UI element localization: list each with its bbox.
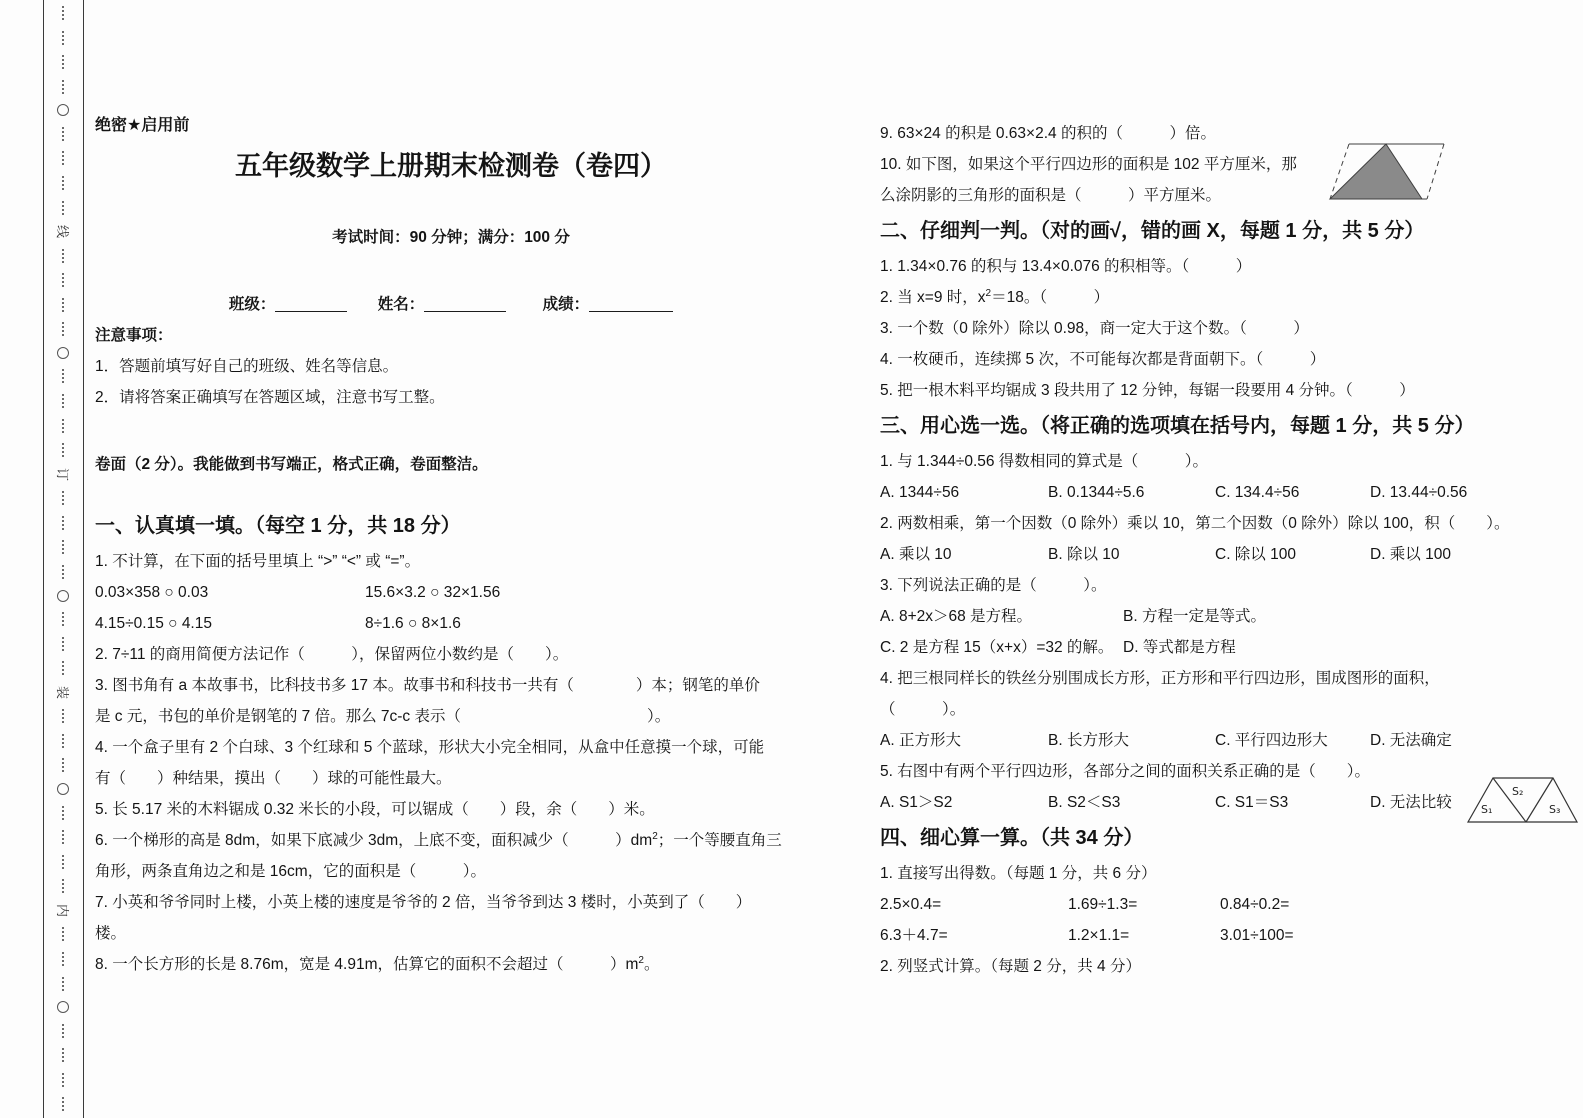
fill-q8-line: 8. 一个长方形的长是 8.76m，宽是 4.91m，估算它的面积不会超过（ ）… xyxy=(95,949,807,980)
binding-dash xyxy=(62,31,64,45)
fill-q3-line-2: 是 c 元，书包的单价是钢笔的 7 倍。那么 7c-c 表示（ ）。 xyxy=(95,701,807,732)
binding-char: 线 xyxy=(56,225,69,238)
parallelogram-right-edge-dashed xyxy=(1427,144,1444,199)
judge-q2: 2. 当 x=9 时，x2＝18。（ ） xyxy=(880,282,1583,313)
judge-q1: 1. 1.34×0.76 的积与 13.4×0.076 的积相等。（ ） xyxy=(880,251,1583,282)
shaded-triangle xyxy=(1330,144,1422,199)
fill-q7-line-1: 7. 小英和爷爷同时上楼，小英上楼的速度是爷爷的 2 倍，当爷爷到达 3 楼时，… xyxy=(95,887,807,918)
ring-mark-icon xyxy=(57,104,69,116)
binding-dash xyxy=(62,443,64,457)
neatness-note: 卷面（2 分）。我能做到书写端正，格式正确，卷面整洁。 xyxy=(95,449,807,480)
binding-dash xyxy=(62,977,64,991)
option-b: B. 长方形大 xyxy=(1048,725,1215,756)
option-b: B. 除以 10 xyxy=(1048,539,1215,570)
name-blank xyxy=(424,291,506,312)
choose-q4-options: A. 正方形大B. 长方形大C. 平行四边形大D. 无法确定 xyxy=(880,725,1583,756)
secret-label: 绝密★启用前 xyxy=(95,112,807,140)
notice-item-1: 1．答题前填写好自己的班级、姓名等信息。 xyxy=(95,351,807,382)
fill-q10-line-2: 么涂阴影的三角形的面积是（ ）平方厘米。 xyxy=(880,180,1583,211)
notice-item-2: 2．请将答案正确填写在答题区域，注意书写工整。 xyxy=(95,382,807,413)
calc-expr: 0.84÷0.2= xyxy=(1220,889,1289,920)
score-blank xyxy=(589,291,673,312)
option-d: D. 无法确定 xyxy=(1370,725,1452,756)
binding-dash xyxy=(62,927,64,941)
text-segment: 。 xyxy=(644,956,660,973)
binding-dash xyxy=(62,322,64,336)
binding-dash xyxy=(62,273,64,287)
option-c: C. 平行四边形大 xyxy=(1215,725,1370,756)
binding-dash xyxy=(62,55,64,69)
label-s2: S₂ xyxy=(1512,785,1523,798)
calc-expr: 6.3＋4.7= xyxy=(880,920,1068,951)
binding-dash xyxy=(62,394,64,408)
class-blank xyxy=(275,291,347,312)
class-field: 班级： xyxy=(229,296,374,313)
text-segment: 2. 当 x=9 时，x xyxy=(880,289,986,306)
binding-dash xyxy=(62,1097,64,1111)
fill-q6-line-2: 角形，两条直角边之和是 16cm，它的面积是（ ）。 xyxy=(95,856,807,887)
fill-q6-line-1: 6. 一个梯形的高是 8dm，如果下底减少 3dm，上底不变，面积减少（ ）dm… xyxy=(95,825,807,856)
binding-dash xyxy=(62,661,64,675)
fill-q5-line: 5. 长 5.17 米的木料锯成 0.32 米长的小段，可以锯成（ ）段，余（ … xyxy=(95,794,807,825)
fill-q9-line: 9. 63×24 的积是 0.63×2.4 的积的（ ）倍。 xyxy=(880,118,1583,149)
binding-dash xyxy=(62,151,64,165)
fill-q4-line-2: 有（ ）种结果，摸出（ ）球的可能性最大。 xyxy=(95,763,807,794)
binding-dash xyxy=(62,176,64,190)
fill-q7-line-2: 楼。 xyxy=(95,918,807,949)
choose-q3: 3. 下列说法正确的是（ ）。 xyxy=(880,570,1583,601)
score-label: 成绩： xyxy=(543,296,590,313)
binding-dash xyxy=(62,806,64,820)
choose-q3-options-row-1: A. 8+2x＞68 是方程。B. 方程一定是等式。 xyxy=(880,601,1583,632)
binding-dash xyxy=(62,1048,64,1062)
parallelograms-s1s2s3-figure: S₁ S₂ S₃ xyxy=(1466,772,1580,831)
binding-dash xyxy=(62,249,64,263)
option-a: A. 8+2x＞68 是方程。 xyxy=(880,601,1123,632)
option-a: A. 1344÷56 xyxy=(880,477,1048,508)
binding-dash xyxy=(62,298,64,312)
fill-q1-line: 1. 不计算，在下面的括号里填上 “>” “<” 或 “=”。 xyxy=(95,546,807,577)
fill-q4-line-1: 4. 一个盒子里有 2 个白球、3 个红球和 5 个蓝球，形状大小完全相同，从盒… xyxy=(95,732,807,763)
calc-q1-row-2: 6.3＋4.7=1.2×1.1=3.01÷100= xyxy=(880,920,1583,951)
judge-q4: 4. 一枚硬币，连续掷 5 次，不可能每次都是背面朝下。（ ） xyxy=(880,344,1583,375)
option-d: D. 乘以 100 xyxy=(1370,539,1451,570)
binding-dash xyxy=(62,6,64,20)
ring-mark-icon xyxy=(57,783,69,795)
text-segment: 6. 一个梯形的高是 8dm，如果下底减少 3dm，上底不变，面积减少（ ）dm xyxy=(95,832,652,849)
fill-q3-line-1: 3. 图书角有 a 本故事书，比科技书多 17 本。故事书和科技书一共有（ ）本… xyxy=(95,670,807,701)
binding-dash xyxy=(62,419,64,433)
option-c: C. S1＝S3 xyxy=(1215,787,1370,818)
binding-dash xyxy=(62,830,64,844)
ring-mark-icon xyxy=(57,590,69,602)
binding-dash xyxy=(62,637,64,651)
right-column: 9. 63×24 的积是 0.63×2.4 的积的（ ）倍。 10. 如下图，如… xyxy=(880,118,1583,982)
judge-q5: 5. 把一根木料平均锯成 3 段共用了 12 分钟，每锯一段要用 4 分钟。（ … xyxy=(880,375,1583,406)
binding-char: 内 xyxy=(56,904,69,917)
label-s1: S₁ xyxy=(1481,803,1492,816)
label-s3: S₃ xyxy=(1549,803,1560,816)
option-b: B. S2＜S3 xyxy=(1048,787,1215,818)
binding-dash xyxy=(62,80,64,94)
binding-dash xyxy=(62,127,64,141)
exam-paper-page: 线订装内 绝密★启用前 五年级数学上册期末检测卷（卷四） 考试时间：90 分钟；… xyxy=(0,0,1583,1118)
option-c: C. 2 是方程 15（x+x）=32 的解。 xyxy=(880,632,1123,663)
binding-dash xyxy=(62,879,64,893)
fill-q1-compare-row-1: 0.03×358 ○ 0.0315.6×3.2 ○ 32×1.56 xyxy=(95,577,807,608)
text-segment: ＝18。（ ） xyxy=(991,289,1109,306)
fill-q2-line: 2. 7÷11 的商用简便方法记作（ ），保留两位小数约是（ ）。 xyxy=(95,639,807,670)
choose-q2: 2. 两数相乘，第一个因数（0 除外）乘以 10，第二个因数（0 除外）除以 1… xyxy=(880,508,1583,539)
binding-char: 订 xyxy=(56,468,69,481)
option-b: B. 0.1344÷5.6 xyxy=(1048,477,1215,508)
binding-margin: 线订装内 xyxy=(47,0,79,1118)
calc-q2: 2. 列竖式计算。（每题 2 分，共 4 分） xyxy=(880,951,1583,982)
notice-title: 注意事项： xyxy=(95,320,807,351)
name-field: 姓名： xyxy=(378,296,539,313)
section3-heading: 三、用心选一选。（将正确的选项填在括号内，每题 1 分，共 5 分） xyxy=(880,406,1583,446)
calc-expr: 1.69÷1.3= xyxy=(1068,889,1220,920)
section1-heading: 一、认真填一填。（每空 1 分，共 18 分） xyxy=(95,506,807,546)
binding-char: 装 xyxy=(56,686,69,699)
text-segment: ；一个等腰直角三 xyxy=(658,832,782,849)
score-field: 成绩： xyxy=(543,296,674,313)
exam-title: 五年级数学上册期末检测卷（卷四） xyxy=(95,140,807,192)
ring-mark-icon xyxy=(57,1001,69,1013)
binding-dash xyxy=(62,369,64,383)
binding-line-inner xyxy=(83,0,84,1118)
option-b: B. 方程一定是等式。 xyxy=(1123,608,1266,625)
binding-dash xyxy=(62,491,64,505)
binding-dash xyxy=(62,1024,64,1038)
choose-q2-options: A. 乘以 10B. 除以 10C. 除以 100D. 乘以 100 xyxy=(880,539,1583,570)
binding-line-outer xyxy=(43,0,44,1118)
binding-dash xyxy=(62,952,64,966)
binding-dash xyxy=(62,1073,64,1087)
option-a: A. 正方形大 xyxy=(880,725,1048,756)
option-c: C. 除以 100 xyxy=(1215,539,1370,570)
binding-dash xyxy=(62,565,64,579)
binding-dash xyxy=(62,612,64,626)
calc-expr: 1.2×1.1= xyxy=(1068,920,1220,951)
parallelogram-shaded-triangle-figure xyxy=(1328,142,1450,209)
left-column: 绝密★启用前 五年级数学上册期末检测卷（卷四） 考试时间：90 分钟；满分：10… xyxy=(95,112,807,980)
ring-mark-icon xyxy=(57,347,69,359)
compare-expr: 15.6×3.2 ○ 32×1.56 xyxy=(365,584,500,601)
exam-info: 考试时间：90 分钟；满分：100 分 xyxy=(95,222,807,253)
compare-expr: 0.03×358 ○ 0.03 xyxy=(95,577,365,608)
binding-dash xyxy=(62,516,64,530)
option-d: D. 13.44÷0.56 xyxy=(1370,477,1467,508)
class-label: 班级： xyxy=(229,296,276,313)
name-label: 姓名： xyxy=(378,296,425,313)
choose-q4-line-1: 4. 把三根同样长的铁丝分别围成长方形，正方形和平行四边形，围成图形的面积， xyxy=(880,663,1583,694)
fill-q1-compare-row-2: 4.15÷0.15 ○ 4.158÷1.6 ○ 8×1.6 xyxy=(95,608,807,639)
binding-dash xyxy=(62,540,64,554)
option-c: C. 134.4÷56 xyxy=(1215,477,1370,508)
judge-q3: 3. 一个数（0 除外）除以 0.98，商一定大于这个数。（ ） xyxy=(880,313,1583,344)
binding-dash xyxy=(62,201,64,215)
choose-q4-line-2: （ ）。 xyxy=(880,694,1583,725)
choose-q1-options: A. 1344÷56B. 0.1344÷5.6C. 134.4÷56D. 13.… xyxy=(880,477,1583,508)
calc-expr: 2.5×0.4= xyxy=(880,889,1068,920)
option-d: D. 无法比较 xyxy=(1370,787,1452,818)
binding-dash xyxy=(62,734,64,748)
choose-q3-options-row-2: C. 2 是方程 15（x+x）=32 的解。D. 等式都是方程 xyxy=(880,632,1583,663)
fill-q10-line-1: 10. 如下图，如果这个平行四边形的面积是 102 平方厘米，那 xyxy=(880,149,1583,180)
section2-heading: 二、仔细判一判。（对的画√，错的画 X，每题 1 分，共 5 分） xyxy=(880,211,1583,251)
text-segment: 8. 一个长方形的长是 8.76m，宽是 4.91m，估算它的面积不会超过（ ）… xyxy=(95,956,638,973)
student-info-row: 班级： 姓名： 成绩： xyxy=(95,289,807,320)
option-d: D. 等式都是方程 xyxy=(1123,639,1236,656)
binding-dash xyxy=(62,709,64,723)
binding-dash xyxy=(62,758,64,772)
calc-expr: 3.01÷100= xyxy=(1220,920,1294,951)
compare-expr: 8÷1.6 ○ 8×1.6 xyxy=(365,615,461,632)
option-a: A. S1＞S2 xyxy=(880,787,1048,818)
binding-dash xyxy=(62,855,64,869)
calc-q1: 1. 直接写出得数。（每题 1 分，共 6 分） xyxy=(880,858,1583,889)
compare-expr: 4.15÷0.15 ○ 4.15 xyxy=(95,608,365,639)
choose-q1: 1. 与 1.344÷0.56 得数相同的算式是（ ）。 xyxy=(880,446,1583,477)
calc-q1-row-1: 2.5×0.4=1.69÷1.3=0.84÷0.2= xyxy=(880,889,1583,920)
option-a: A. 乘以 10 xyxy=(880,539,1048,570)
